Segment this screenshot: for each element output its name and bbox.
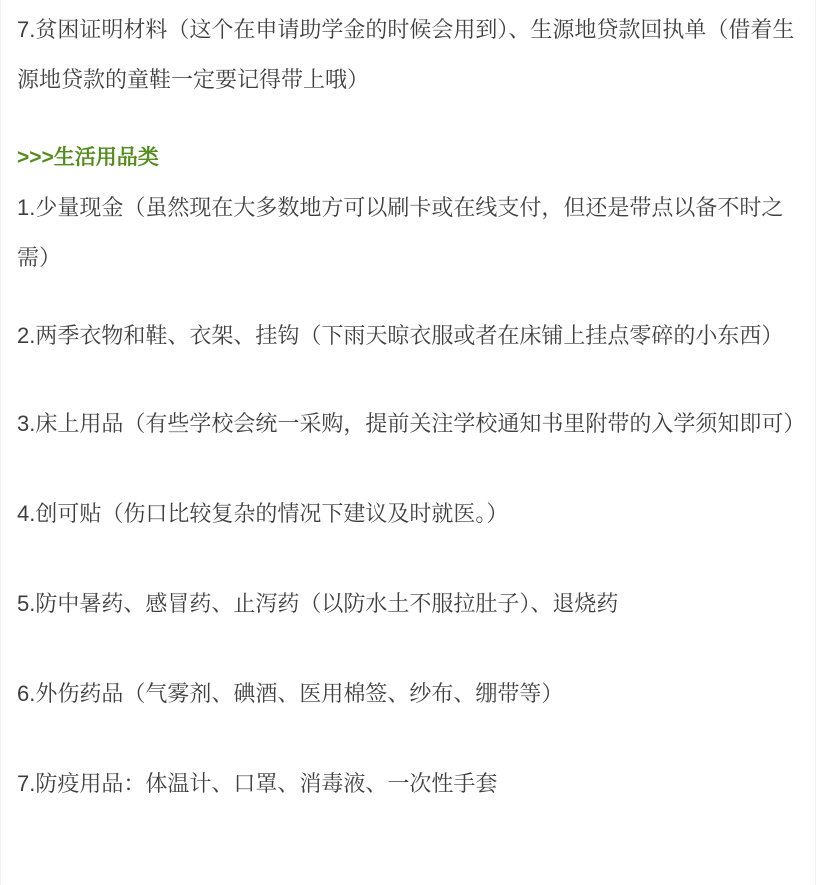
list-item-trauma-supplies: 6.外伤药品（气雾剂、碘酒、医用棉签、纱布、绷带等）: [17, 669, 801, 719]
list-item-medicines: 5.防中暑药、感冒药、止泻药（以防水土不服拉肚子）、退烧药: [17, 579, 801, 629]
paragraph-poverty-certificate: 7.贫困证明材料（这个在申请助学金的时候会用到）、生源地贷款回执单（借着生源地贷…: [17, 5, 801, 105]
list-item-cash: 1.少量现金（虽然现在大多数地方可以刷卡或在线支付，但还是带点以备不时之需）: [17, 183, 801, 283]
article-page: { "document": { "leading_paragraph": "7.…: [0, 0, 816, 885]
list-item-bedding: 3.床上用品（有些学校会统一采购，提前关注学校通知书里附带的入学须知即可）: [17, 399, 801, 449]
list-item-epidemic-prevention: 7.防疫用品：体温计、口罩、消毒液、一次性手套: [17, 759, 801, 809]
section-heading-daily-necessities: >>>生活用品类: [17, 133, 801, 183]
list-item-bandaid: 4.创可贴（伤口比较复杂的情况下建议及时就医。）: [17, 489, 801, 539]
list-item-clothes: 2.两季衣物和鞋、衣架、挂钩（下雨天晾衣服或者在床铺上挂点零碎的小东西）: [17, 311, 801, 361]
article-body: 7.贫困证明材料（这个在申请助学金的时候会用到）、生源地贷款回执单（借着生源地贷…: [0, 0, 816, 885]
